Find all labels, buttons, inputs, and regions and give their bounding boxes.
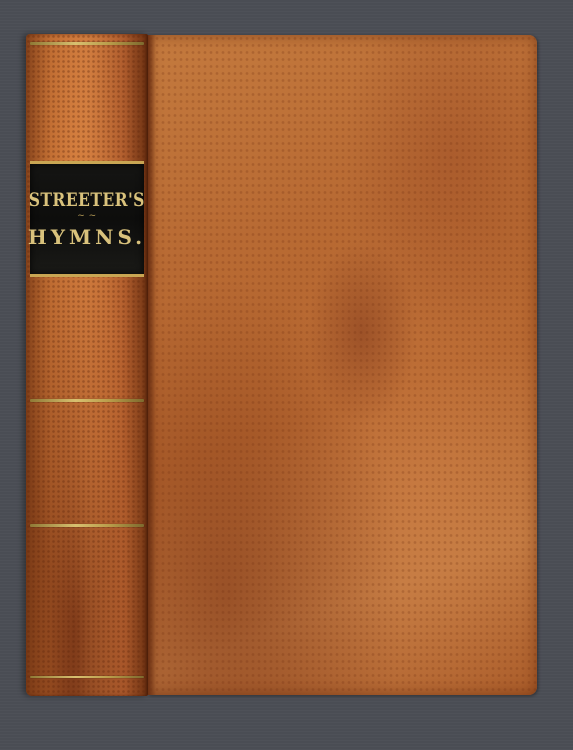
cover-hinge [148, 35, 156, 695]
book-photo: STREETER'S ~ ~ HYMNS. [0, 0, 573, 750]
gilt-rule-bottom [30, 676, 144, 678]
spine-ornament: ~ ~ [77, 211, 96, 221]
gilt-band-1 [30, 399, 144, 402]
book-spine: STREETER'S ~ ~ HYMNS. [26, 34, 148, 696]
spine-title-line1: STREETER'S [29, 189, 145, 211]
gilt-band-2 [30, 524, 144, 527]
spine-title-label: STREETER'S ~ ~ HYMNS. [30, 161, 144, 277]
gilt-rule-top [30, 42, 144, 45]
front-cover-board [148, 35, 537, 695]
spine-title-line2: HYMNS. [28, 225, 146, 249]
